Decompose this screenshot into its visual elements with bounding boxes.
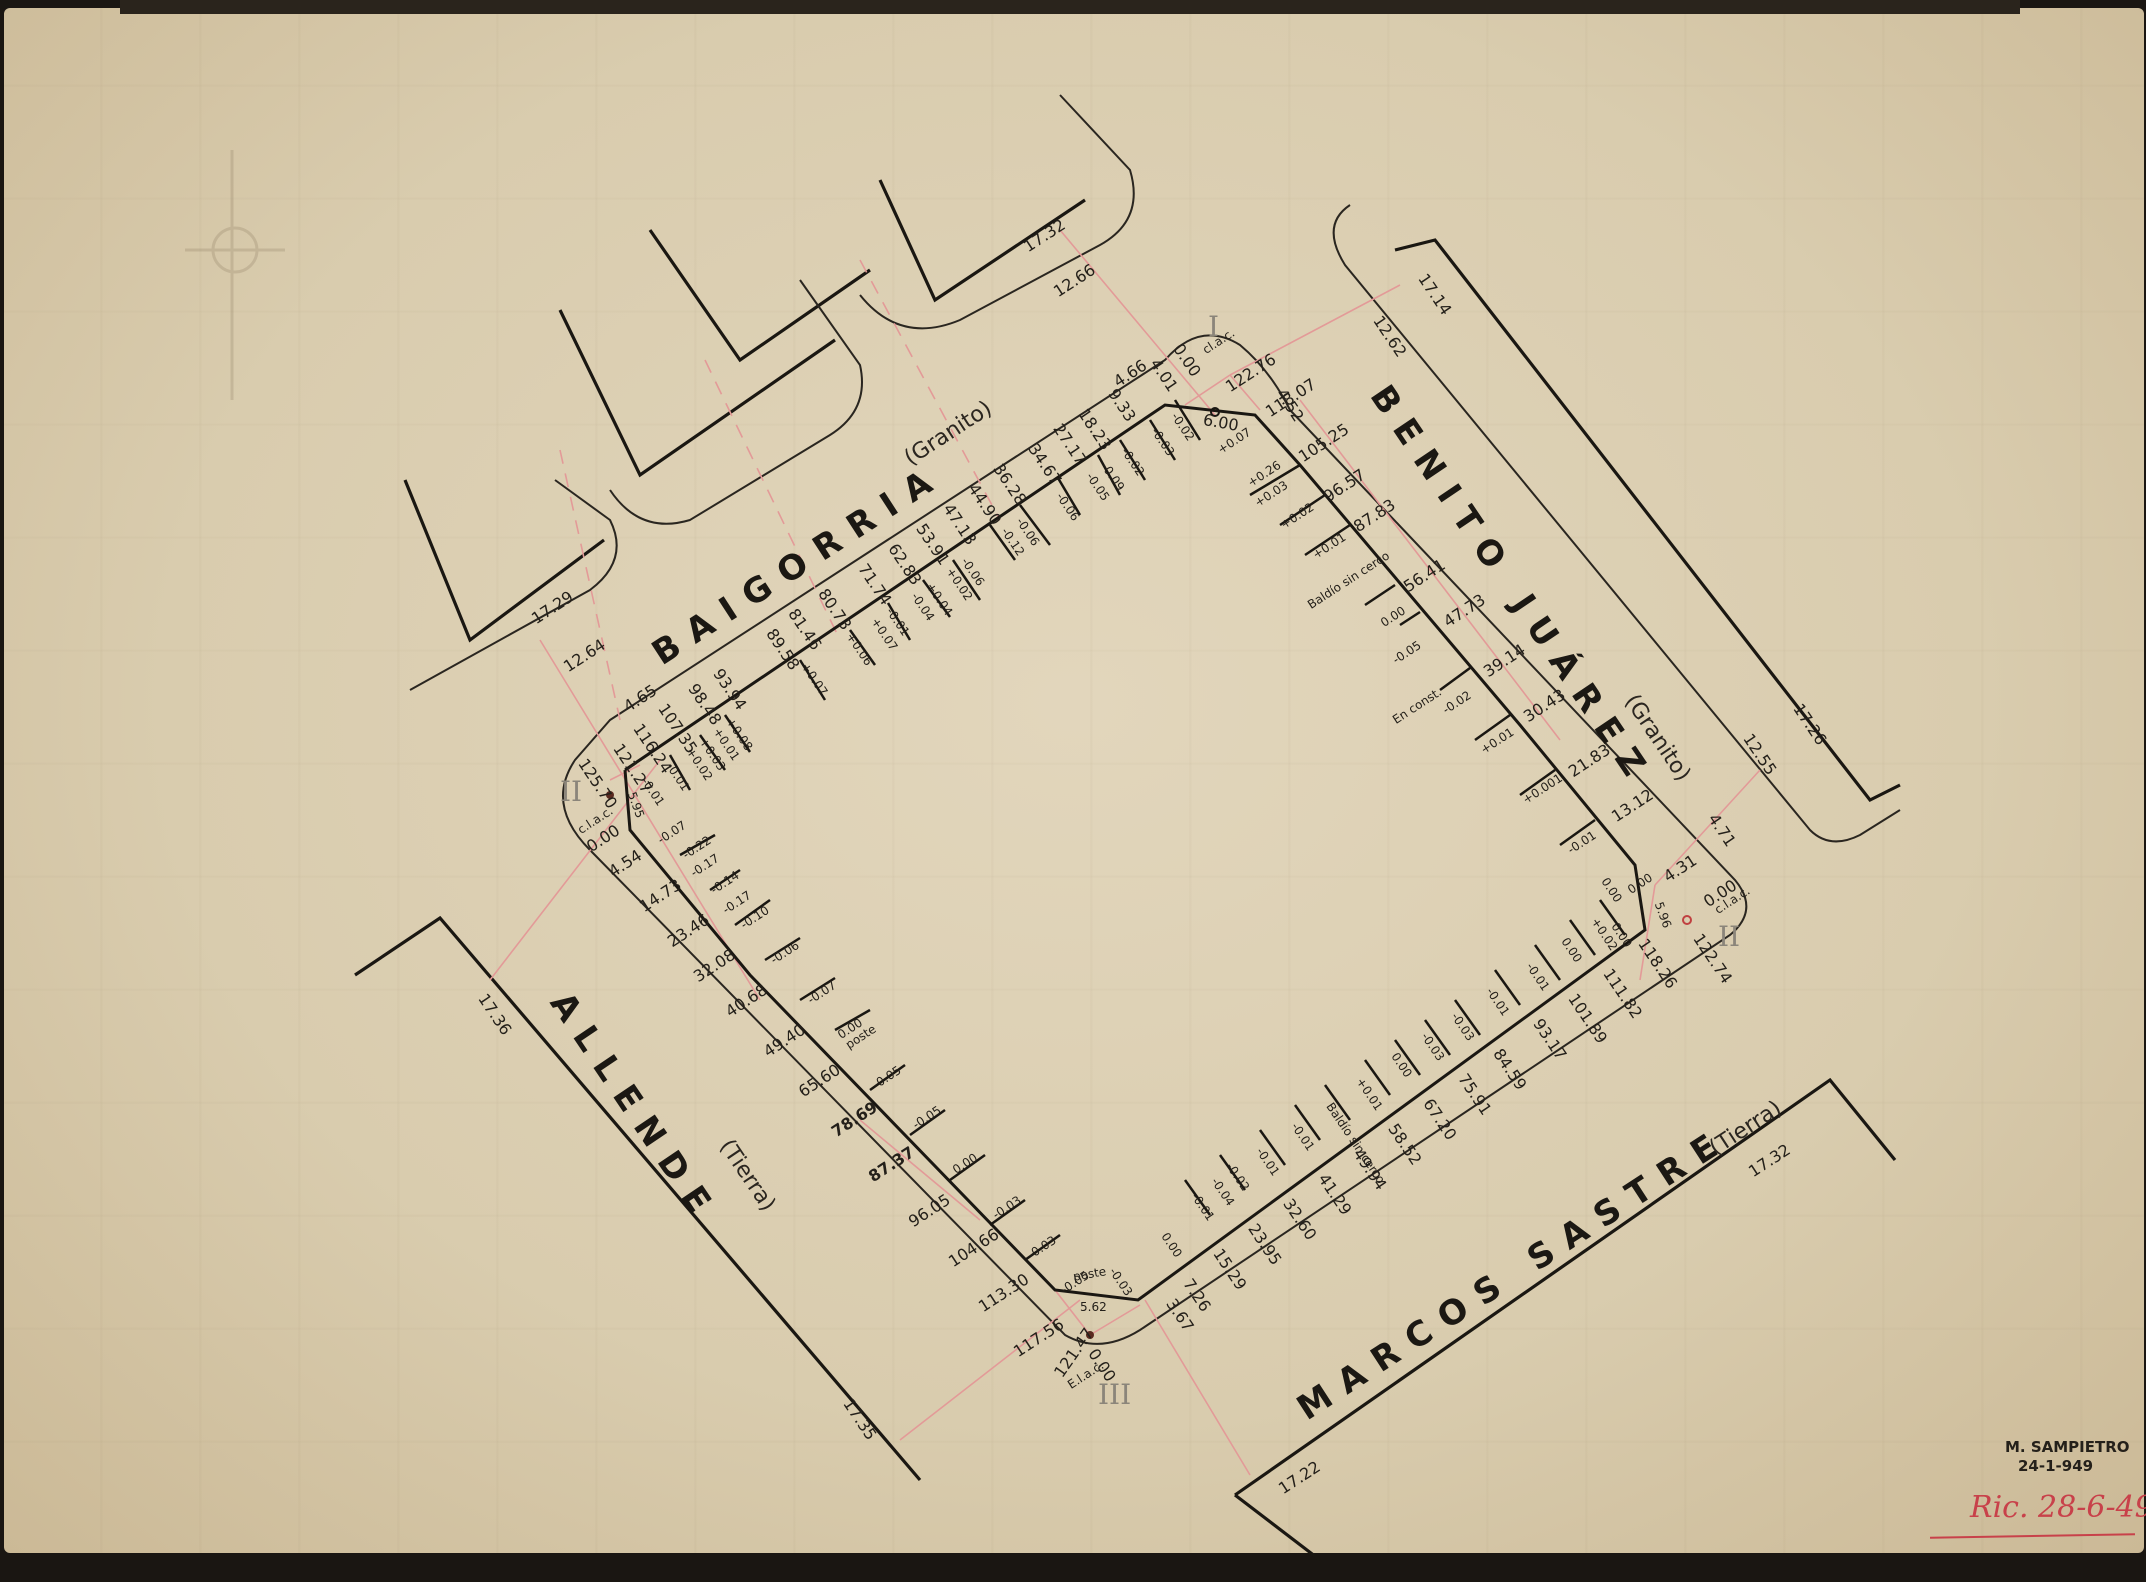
received-stamp: Ric. 28-6-49 [1970,1490,2146,1525]
survey-date: 24-1-949 [2018,1457,2093,1475]
benchmark-IV-numeral: II [560,775,582,808]
surveyor-name: M. SAMPIETRO [2005,1438,2130,1456]
corner-chord: 5.62 [1080,1300,1107,1314]
benchmark-II-marker [1683,916,1691,924]
compass-rose-icon [185,150,285,400]
benchmark-II-numeral: II [1718,920,1740,953]
